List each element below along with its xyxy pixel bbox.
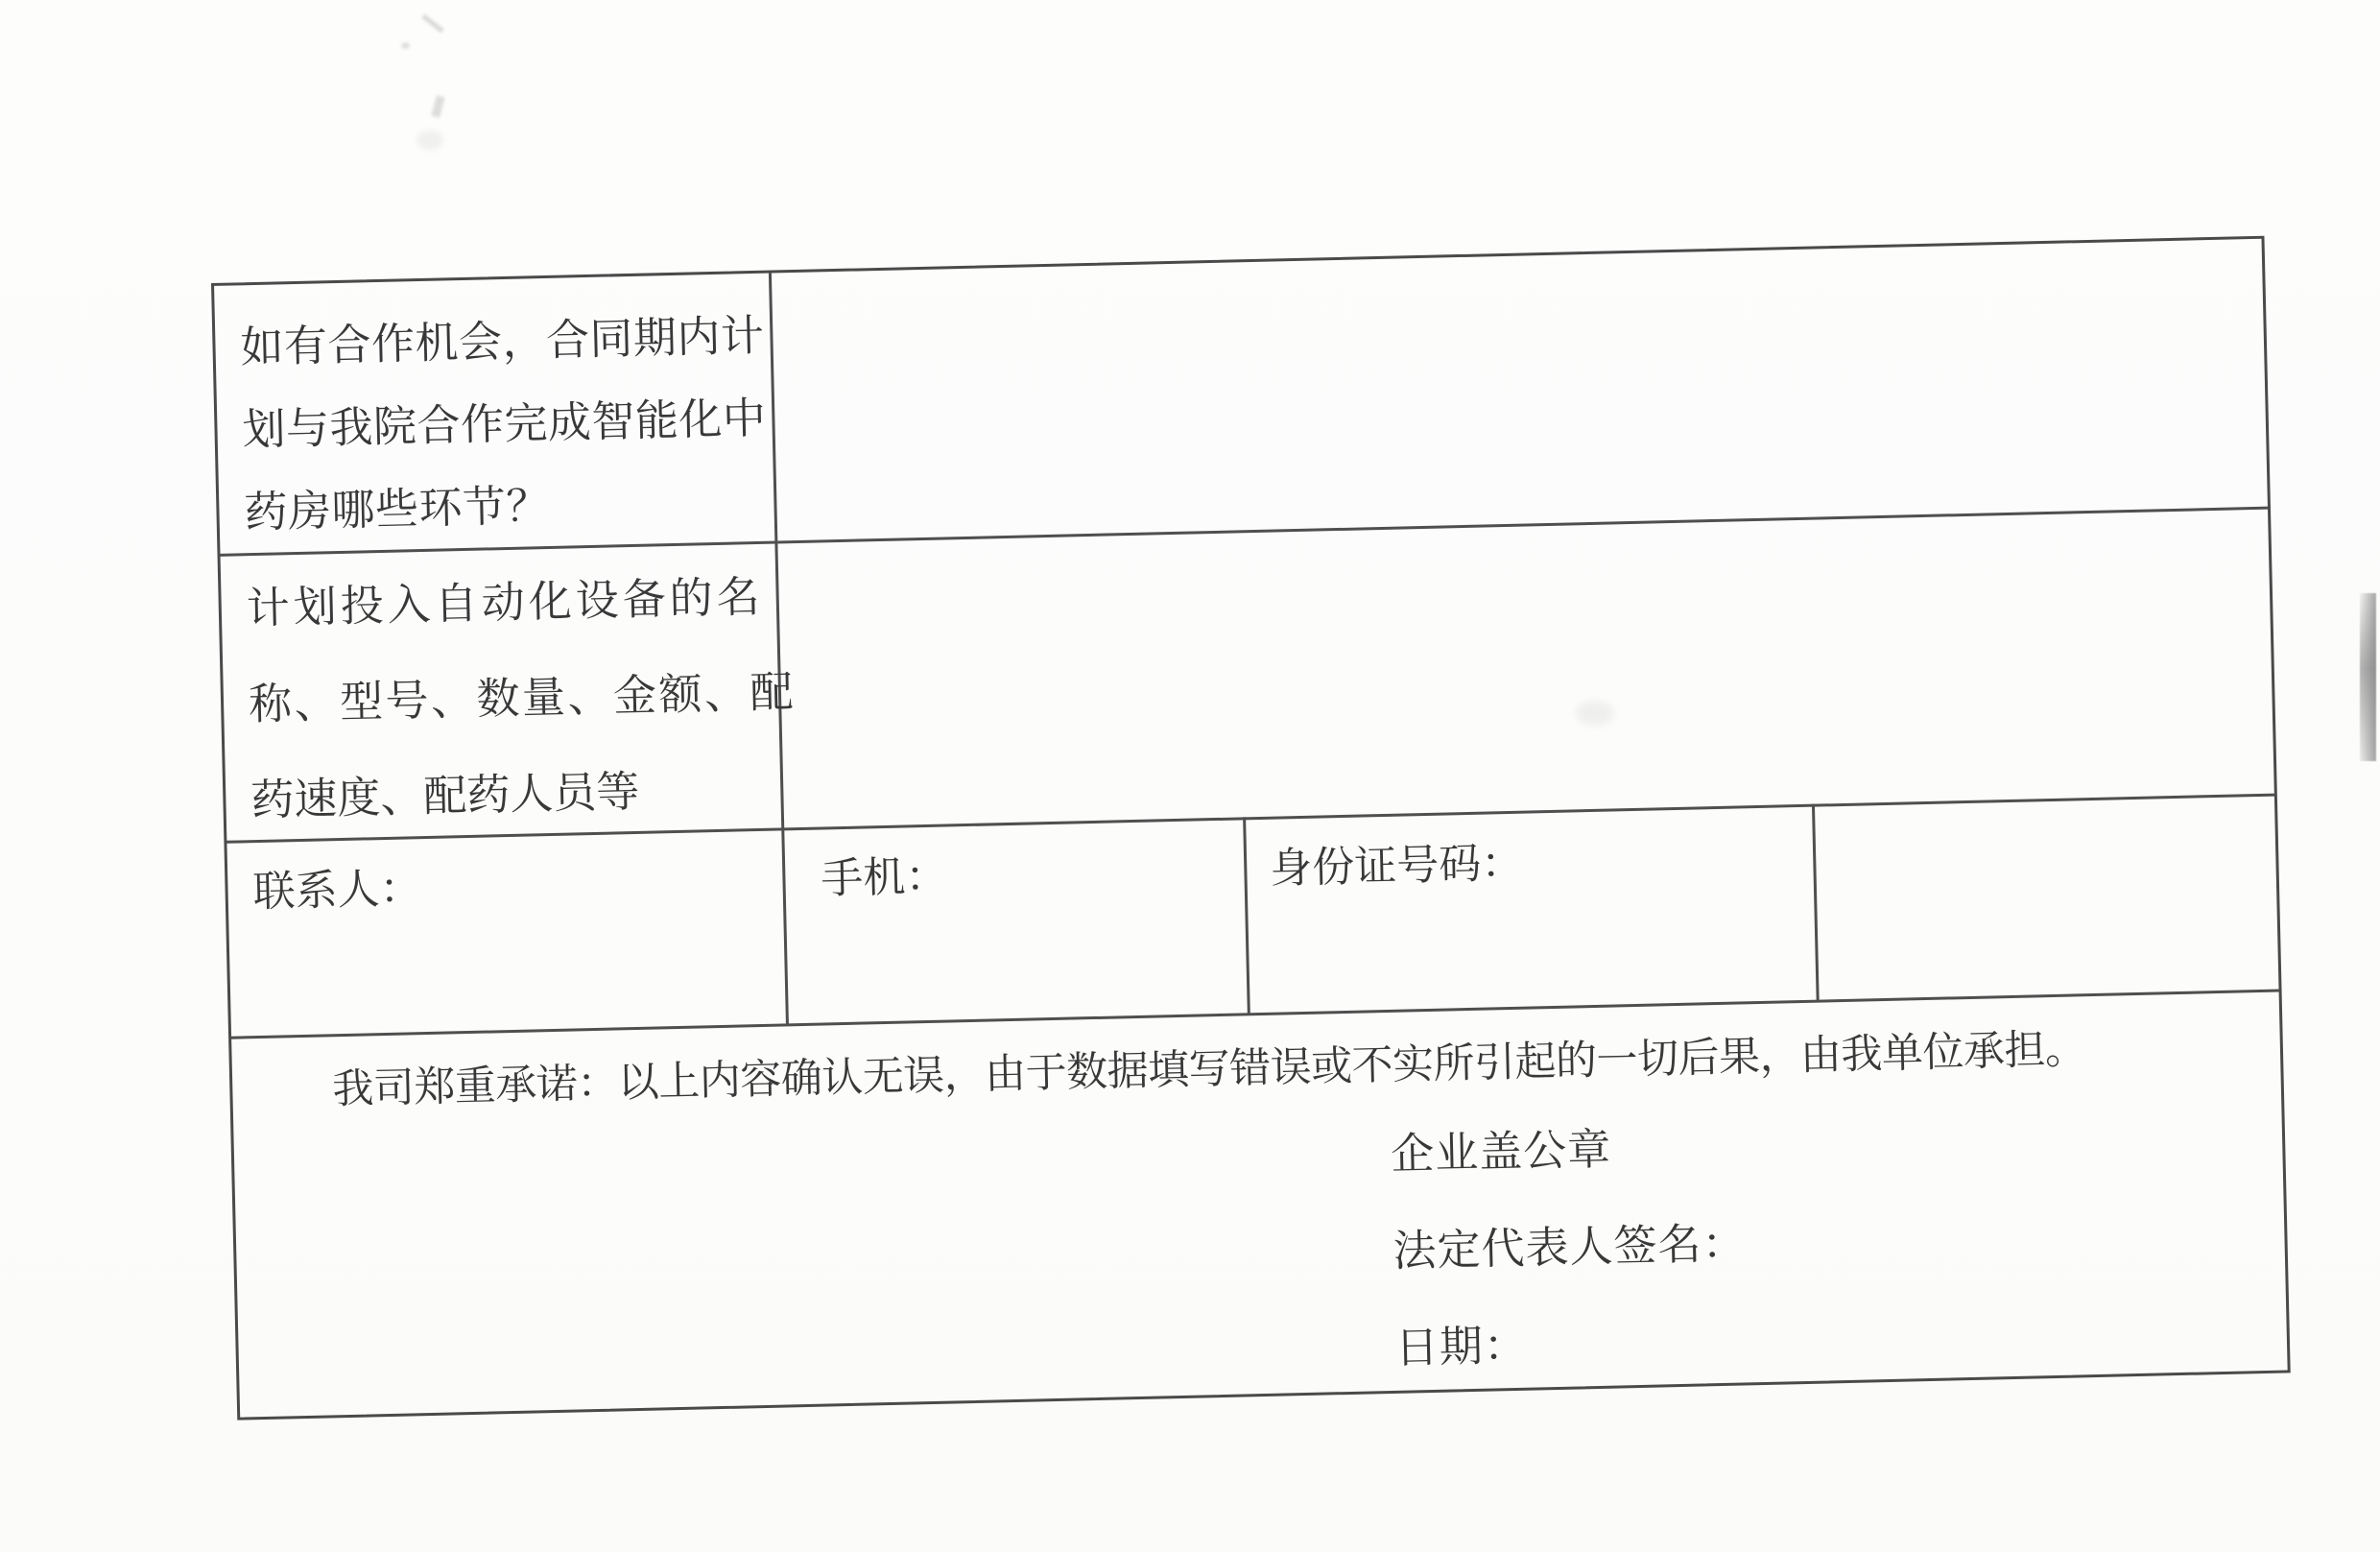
question-line: 如有合作机会，合同期内计 [239,290,765,385]
scan-smudge [401,42,410,49]
scan-edge-artifact [2360,593,2376,761]
scanned-page: 如有合作机会，合同期内计 划与我院合作完成智能化中 药房哪些环节？ 计划投入自动… [0,0,2380,1552]
question-line: 称、型号、数量、金额、配 [248,639,797,748]
contact-person-label: 联系人： [252,857,422,915]
scan-smudge [416,131,443,150]
legal-representative-signature-label: 法定代表人签名： [1392,1190,1747,1295]
empty-cell [214,239,2261,286]
answer-cell-cooperation [214,239,2261,286]
scan-smudge [431,95,444,118]
mobile-phone-label: 手机： [821,845,948,901]
column-divider [1243,817,1250,1014]
form-table: 如有合作机会，合同期内计 划与我院合作完成智能化中 药房哪些环节？ 计划投入自动… [211,236,2291,1421]
question-cell-cooperation: 如有合作机会，合同期内计 划与我院合作完成智能化中 药房哪些环节？ [239,290,769,550]
question-cell-equipment: 计划投入自动化设备的名 称、型号、数量、金额、配 药速度、配药人员等 [246,543,799,844]
question-line: 药速度、配药人员等 [250,735,798,844]
stamp-signature-block: 企业盖公章 法定代表人签名： 日期： [1390,1093,1749,1392]
date-label: 日期： [1394,1287,1749,1392]
answer-cell-equipment [214,239,2261,286]
scan-smudge [421,14,444,34]
company-seal-label: 企业盖公章 [1390,1093,1745,1198]
column-divider [1812,804,1820,1001]
id-number-label: 身份证号码： [1270,832,1524,892]
question-line: 计划投入自动化设备的名 [246,543,795,652]
pledge-statement: 我司郑重承诺：以上内容确认无误，由于数据填写错误或不实所引起的一切后果，由我单位… [332,1016,2086,1115]
question-line: 划与我院合作完成智能化中 [241,372,767,467]
question-line: 药房哪些环节？ [243,455,769,550]
